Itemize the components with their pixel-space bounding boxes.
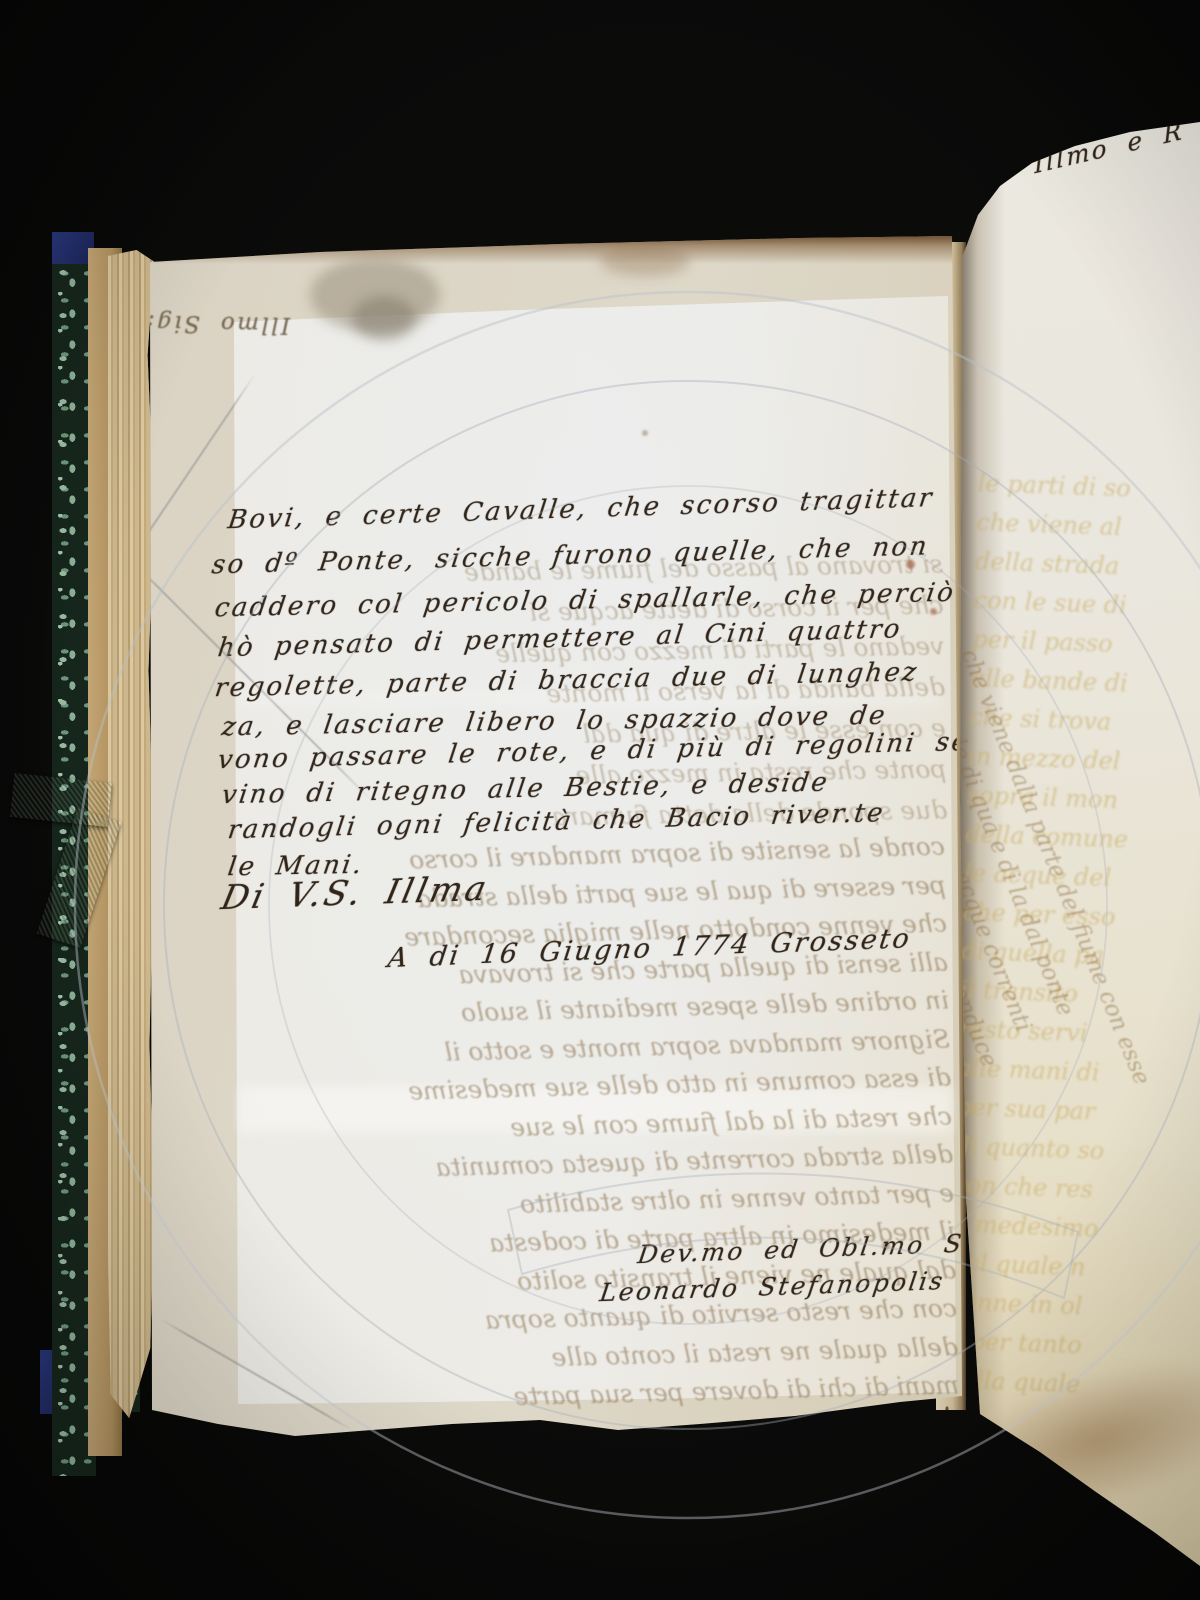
bleed-through-lower: conde la sensite di sopra mandare il cor… (141, 828, 960, 1425)
corner-stain-dark (352, 296, 416, 340)
foxing-dot (642, 430, 648, 436)
top-edge-stain (600, 246, 690, 276)
manuscript-photo: si trovano al passo del fiume le bandech… (0, 0, 1200, 1600)
page-top-burnt-edge (148, 234, 958, 264)
